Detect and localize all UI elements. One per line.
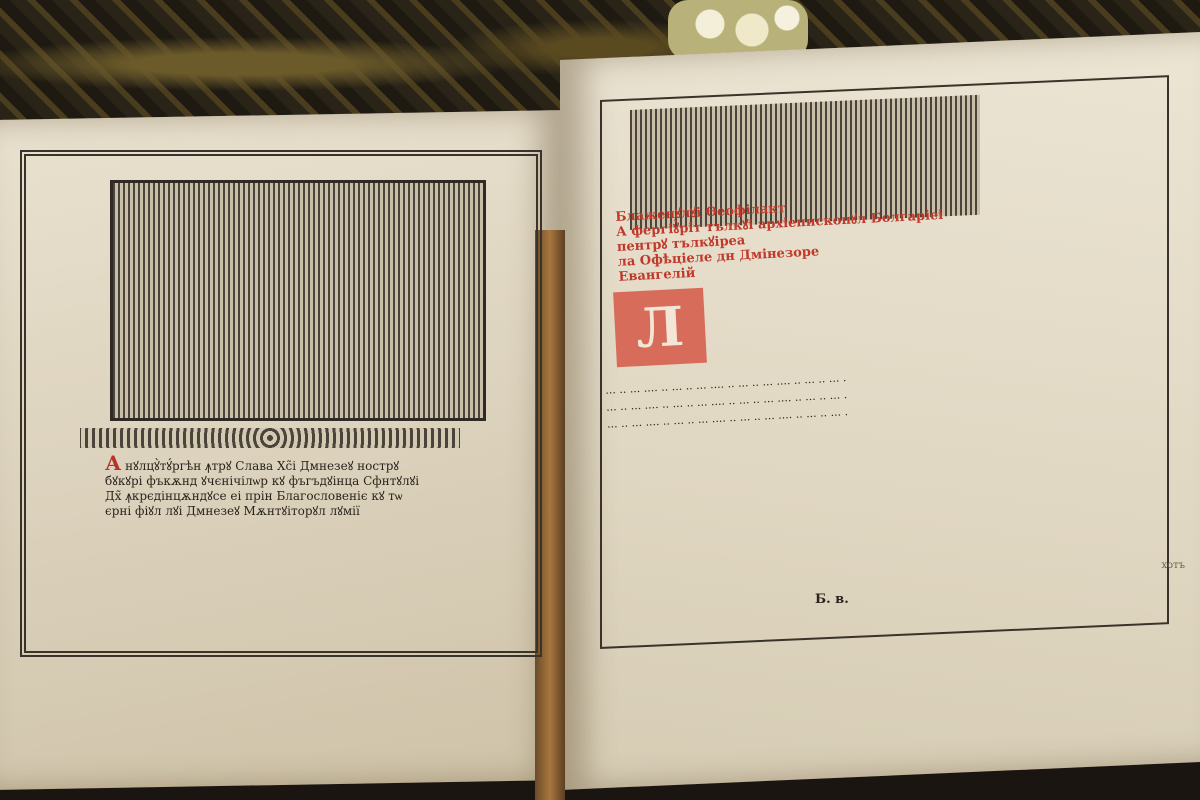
ornamental-band xyxy=(80,428,460,448)
woodcut-illustration-ascension xyxy=(110,180,486,421)
left-page-text: А нꙋлцꙋ̀тꙋ́ргѣн ꙟтрꙋ Слава Хс̃і Дмнезеꙋ … xyxy=(105,456,465,519)
drop-cap: А xyxy=(105,451,121,475)
folio-signature: Б. в. xyxy=(815,592,849,607)
decorated-initial: Л xyxy=(613,288,707,368)
catchword: хотъ xyxy=(1161,560,1185,571)
